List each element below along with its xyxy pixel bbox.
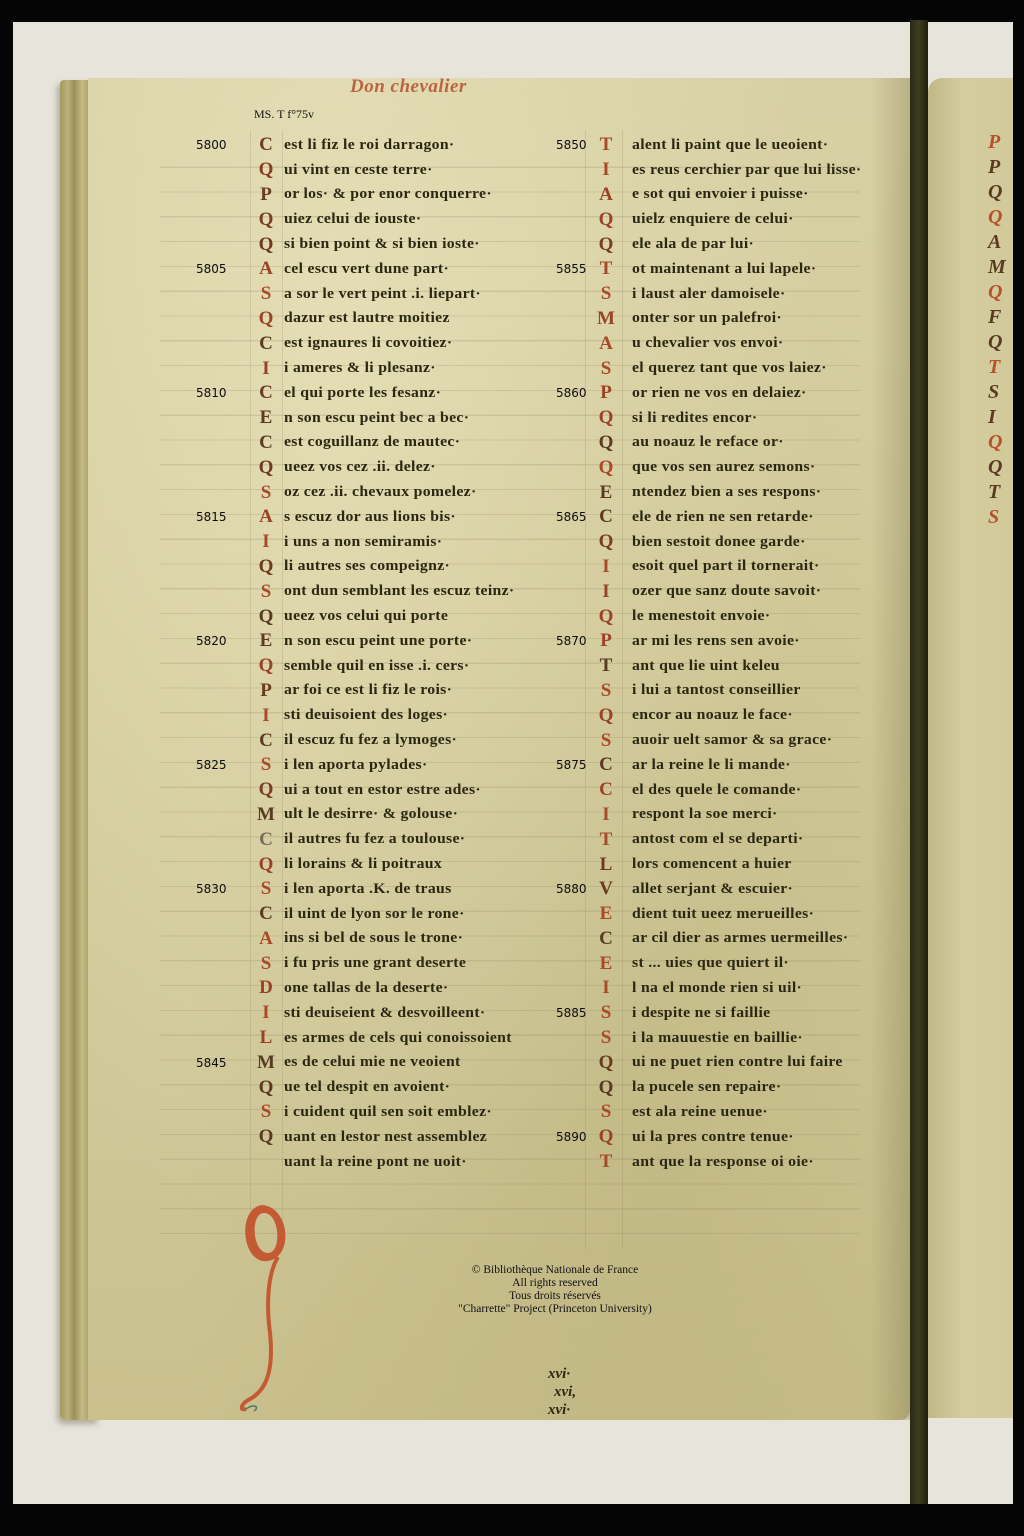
- facing-page-initial: Q: [988, 430, 1018, 455]
- verse-initial: Q: [596, 531, 616, 553]
- verse-initial: S: [256, 482, 276, 504]
- verse-initial: Q: [596, 209, 616, 231]
- verse-text: a sor le vert peint .i. liepart·: [284, 286, 481, 303]
- facing-page-initial: M: [988, 255, 1018, 280]
- verse-text: u chevalier vos envoi·: [632, 335, 783, 352]
- verse-text: allet serjant & escuier·: [632, 881, 793, 898]
- quire-signature: xvi· xvi, xvi·: [548, 1365, 608, 1419]
- verse-initial: Q: [596, 705, 616, 727]
- verse-text: ue tel despit en avoient·: [284, 1079, 450, 1096]
- verse-initial: Q: [596, 457, 616, 479]
- verse-text: i laust aler damoisele·: [632, 286, 786, 303]
- facing-page-initial: S: [988, 505, 1018, 530]
- verse-initial: C: [256, 382, 276, 404]
- verse-initial: A: [596, 184, 616, 206]
- verse-initial: Q: [256, 556, 276, 578]
- verse-text: la pucele sen repaire·: [632, 1079, 781, 1096]
- verse-initial: S: [596, 1101, 616, 1123]
- facing-page-initial: P: [988, 130, 1018, 155]
- verse-initial: A: [596, 333, 616, 355]
- verse-initial: S: [256, 754, 276, 776]
- line-number: 5870: [556, 634, 596, 648]
- verse-initial: M: [256, 804, 276, 826]
- verse-text: ui la pres contre tenue·: [632, 1129, 794, 1146]
- verse-text: le menestoit envoie·: [632, 608, 770, 625]
- verse-initial: I: [596, 159, 616, 181]
- facing-page-initial: T: [988, 480, 1018, 505]
- facing-page-initial: Q: [988, 330, 1018, 355]
- verse-text: ntendez bien a ses respons·: [632, 484, 821, 501]
- quire-mark-2: xvi,: [554, 1383, 608, 1401]
- verse-text: n son escu peint bec a bec·: [284, 410, 469, 427]
- verse-text: bien sestoit donee garde·: [632, 534, 806, 551]
- verse-text: i despite ne si faillie: [632, 1005, 771, 1022]
- verse-initial: A: [256, 506, 276, 528]
- verse-text: li autres ses compeignz·: [284, 558, 450, 575]
- verse-initial: E: [256, 630, 276, 652]
- line-number: 5890: [556, 1130, 596, 1144]
- verse-initial: Q: [256, 655, 276, 677]
- copyright-line-1: © Bibliothèque Nationale de France: [420, 1264, 690, 1277]
- verse-initial: I: [256, 1002, 276, 1024]
- verse-text: li lorains & li poitraux: [284, 856, 442, 873]
- copyright-line-3: Tous droits réservés: [420, 1290, 690, 1303]
- vertical-ruling-right: [585, 130, 586, 1250]
- verse-initial: Q: [256, 1077, 276, 1099]
- verse-initial: Q: [256, 234, 276, 256]
- verse-initial: T: [596, 134, 616, 156]
- verse-initial: Q: [596, 1077, 616, 1099]
- running-head: Don chevalier: [350, 76, 467, 98]
- facing-page-initial: Q: [988, 280, 1018, 305]
- facing-page-initial: Q: [988, 205, 1018, 230]
- verse-initial: C: [256, 903, 276, 925]
- verse-text: semble quil en isse .i. cers·: [284, 658, 469, 675]
- verse-initial: M: [256, 1052, 276, 1074]
- verse-text: ui ne puet rien contre lui faire: [632, 1054, 843, 1071]
- facing-page-initials: PPQQAMQFQTSIQQTS: [988, 130, 1018, 530]
- verse-text: e sot qui envoier i puisse·: [632, 186, 809, 203]
- book-gutter: [910, 20, 928, 1504]
- verse-initial: C: [596, 506, 616, 528]
- verse-text: uiez celui de iouste·: [284, 211, 421, 228]
- verse-text: i len aporta pylades·: [284, 757, 428, 774]
- verse-text: ele de rien ne sen retarde·: [632, 509, 814, 526]
- verse-initial: C: [256, 730, 276, 752]
- quire-mark-3: xvi·: [548, 1401, 608, 1419]
- verse-text: uant la reine pont ne uoit·: [284, 1154, 467, 1171]
- verse-initial: S: [256, 878, 276, 900]
- facing-page-initial: Q: [988, 455, 1018, 480]
- verse-initial: V: [596, 878, 616, 900]
- verse-text: l na el monde rien si uil·: [632, 980, 802, 997]
- copyright-notice: © Bibliothèque Nationale de France All r…: [420, 1264, 690, 1316]
- line-number: 5860: [556, 386, 596, 400]
- verse-initial: S: [596, 680, 616, 702]
- decorated-initial-q-icon: [240, 1203, 304, 1413]
- verse-text: antost com el se departi·: [632, 831, 803, 848]
- line-number: 5875: [556, 758, 596, 772]
- verse-text: i ameres & li plesanz·: [284, 360, 436, 377]
- facing-page-initial: P: [988, 155, 1018, 180]
- verse-text: ar cil dier as armes uermeilles·: [632, 930, 848, 947]
- verse-text: est li fiz le roi darragon·: [284, 137, 455, 154]
- verse-text: ant que la response oi oie·: [632, 1154, 814, 1171]
- verse-initial: I: [596, 581, 616, 603]
- verse-text: el querez tant que vos laiez·: [632, 360, 827, 377]
- verse-initial: Q: [256, 779, 276, 801]
- verse-text: encor au noauz le face·: [632, 707, 793, 724]
- verse-initial: P: [256, 184, 276, 206]
- verse-text: est ala reine uenue·: [632, 1104, 768, 1121]
- verse-text: au noauz le reface or·: [632, 434, 784, 451]
- verse-text: ar mi les rens sen avoie·: [632, 633, 800, 650]
- verse-initial: Q: [596, 1052, 616, 1074]
- verse-text: or los· & por enor conquerre·: [284, 186, 492, 203]
- verse-text: dazur est lautre moitiez: [284, 310, 450, 327]
- line-number: 5830: [196, 882, 236, 896]
- verse-text: ele ala de par lui·: [632, 236, 754, 253]
- verse-initial: A: [256, 928, 276, 950]
- verse-initial: S: [596, 1002, 616, 1024]
- verse-text: ui vint en ceste terre·: [284, 162, 433, 179]
- verse-initial: S: [596, 283, 616, 305]
- verse-initial: T: [596, 829, 616, 851]
- verse-text: el des quele le comande·: [632, 782, 801, 799]
- verse-text: oz cez .ii. chevaux pomelez·: [284, 484, 477, 501]
- facing-page-initial: S: [988, 380, 1018, 405]
- verse-initial: P: [596, 630, 616, 652]
- line-number: 5825: [196, 758, 236, 772]
- verse-text: ui a tout en estor estre ades·: [284, 782, 481, 799]
- verse-text: i lui a tantost conseillier: [632, 682, 801, 699]
- verse-text: dient tuit ueez merueilles·: [632, 906, 814, 923]
- verse-text: esoit quel part il tornerait·: [632, 558, 820, 575]
- verse-text: s escuz dor aus lions bis·: [284, 509, 456, 526]
- facing-page-initial: F: [988, 305, 1018, 330]
- verse-initial: S: [256, 1101, 276, 1123]
- verse-text: i fu pris une grant deserte: [284, 955, 466, 972]
- verse-initial: I: [596, 556, 616, 578]
- facing-page-initial: T: [988, 355, 1018, 380]
- verse-initial: S: [596, 358, 616, 380]
- line-number: 5845: [196, 1056, 236, 1070]
- verse-initial: Q: [596, 606, 616, 628]
- verse-initial: C: [596, 779, 616, 801]
- verse-initial: T: [596, 655, 616, 677]
- verse-text: cel escu vert dune part·: [284, 261, 449, 278]
- facing-page-initial: A: [988, 230, 1018, 255]
- verse-text: i len aporta .K. de traus: [284, 881, 452, 898]
- verse-initial: Q: [256, 308, 276, 330]
- verse-text: est ignaures li covoitiez·: [284, 335, 452, 352]
- line-number: 5865: [556, 510, 596, 524]
- verse-text: i uns a non semiramis·: [284, 534, 442, 551]
- verse-initial: I: [596, 977, 616, 999]
- line-number: 5810: [196, 386, 236, 400]
- verse-text: ont dun semblant les escuz teinz·: [284, 583, 514, 600]
- verse-text: il escuz fu fez a lymoges·: [284, 732, 457, 749]
- verse-initial: E: [596, 903, 616, 925]
- verse-initial: S: [596, 730, 616, 752]
- verse-initial: C: [256, 333, 276, 355]
- verse-initial: Q: [256, 1126, 276, 1148]
- verse-text: uielz enquiere de celui·: [632, 211, 794, 228]
- verse-initial: S: [256, 953, 276, 975]
- line-number: 5800: [196, 138, 236, 152]
- verse-initial: Q: [256, 457, 276, 479]
- verse-initial: P: [596, 382, 616, 404]
- verse-text: ueez vos celui qui porte: [284, 608, 448, 625]
- verse-text: ueez vos cez .ii. delez·: [284, 459, 436, 476]
- verse-text: est coguillanz de mautec·: [284, 434, 460, 451]
- verse-text: es reus cerchier par que lui lisse·: [632, 162, 861, 179]
- copyright-line-4: "Charrette" Project (Princeton Universit…: [420, 1303, 690, 1316]
- verse-text: ot maintenant a lui lapele·: [632, 261, 816, 278]
- line-number: 5850: [556, 138, 596, 152]
- verse-text: uant en lestor nest assemblez: [284, 1129, 487, 1146]
- vertical-ruling-left-text: [282, 130, 283, 1250]
- verse-text: es de celui mie ne veoient: [284, 1054, 461, 1071]
- verse-text: one tallas de la deserte·: [284, 980, 448, 997]
- verse-initial: Q: [596, 1126, 616, 1148]
- verse-text: auoir uelt samor & sa grace·: [632, 732, 832, 749]
- verse-text: que vos sen aurez semons·: [632, 459, 815, 476]
- verse-text: respont la soe merci·: [632, 806, 778, 823]
- verse-initial: S: [596, 1027, 616, 1049]
- verse-initial: C: [256, 134, 276, 156]
- verse-text: st ... uies que quiert il·: [632, 955, 789, 972]
- folio-label: MS. T f°75v: [254, 107, 314, 122]
- vertical-ruling-left: [250, 130, 251, 1250]
- verse-text: ar la reine le li mande·: [632, 757, 791, 774]
- line-number: 5880: [556, 882, 596, 896]
- verse-initial: C: [596, 754, 616, 776]
- verse-text: ult le desirre· & golouse·: [284, 806, 458, 823]
- copyright-line-2: All rights reserved: [420, 1277, 690, 1290]
- line-number: 5855: [556, 262, 596, 276]
- verse-initial: I: [256, 358, 276, 380]
- verse-initial: C: [256, 432, 276, 454]
- facing-page-initial: I: [988, 405, 1018, 430]
- line-number: 5820: [196, 634, 236, 648]
- verse-initial: Q: [256, 854, 276, 876]
- verse-initial: L: [596, 854, 616, 876]
- line-number: 5885: [556, 1006, 596, 1020]
- verse-initial: T: [596, 258, 616, 280]
- verse-initial: E: [596, 482, 616, 504]
- verse-text: i la mauuestie en baillie·: [632, 1030, 803, 1047]
- verse-initial: Q: [596, 234, 616, 256]
- verse-text: ozer que sanz doute savoit·: [632, 583, 821, 600]
- verse-text: lors comencent a huier: [632, 856, 792, 873]
- verse-initial: S: [256, 283, 276, 305]
- verse-text: ins si bel de sous le trone·: [284, 930, 463, 947]
- verse-text: si li redites encor·: [632, 410, 757, 427]
- verse-text: sti deuiseient & desvoilleent·: [284, 1005, 486, 1022]
- verse-text: or rien ne vos en delaiez·: [632, 385, 807, 402]
- verse-initial: P: [256, 680, 276, 702]
- verse-initial: D: [256, 977, 276, 999]
- verse-initial: Q: [596, 432, 616, 454]
- verse-initial: T: [596, 1151, 616, 1173]
- verse-initial: C: [596, 928, 616, 950]
- verse-initial: Q: [256, 606, 276, 628]
- verse-text: si bien point & si bien ioste·: [284, 236, 480, 253]
- verse-initial: S: [256, 581, 276, 603]
- line-number: 5805: [196, 262, 236, 276]
- verse-text: sti deuisoient des loges·: [284, 707, 448, 724]
- verse-text: i cuident quil sen soit emblez·: [284, 1104, 492, 1121]
- verse-text: il uint de lyon sor le rone·: [284, 906, 465, 923]
- verse-initial: C: [256, 829, 276, 851]
- verse-text: onter sor un palefroi·: [632, 310, 782, 327]
- verse-text: alent li paint que le ueoient·: [632, 137, 828, 154]
- verse-text: ar foi ce est li fiz le rois·: [284, 682, 452, 699]
- verse-text: ant que lie uint keleu: [632, 658, 780, 675]
- verse-initial: Q: [256, 209, 276, 231]
- vertical-ruling-right-text: [622, 130, 623, 1250]
- verse-initial: I: [256, 705, 276, 727]
- verse-initial: E: [596, 953, 616, 975]
- line-number: 5815: [196, 510, 236, 524]
- verse-text: es armes de cels qui conoissoient: [284, 1030, 512, 1047]
- quire-mark-1: xvi·: [548, 1365, 608, 1383]
- verse-initial: E: [256, 407, 276, 429]
- verse-initial: L: [256, 1027, 276, 1049]
- verse-initial: Q: [596, 407, 616, 429]
- verse-initial: A: [256, 258, 276, 280]
- verse-initial: Q: [256, 159, 276, 181]
- verse-initial: I: [256, 531, 276, 553]
- verse-text: n son escu peint une porte·: [284, 633, 472, 650]
- verse-text: il autres fu fez a toulouse·: [284, 831, 465, 848]
- verse-text: el qui porte les fesanz·: [284, 385, 441, 402]
- verse-initial: I: [596, 804, 616, 826]
- verse-initial: M: [596, 308, 616, 330]
- facing-page-initial: Q: [988, 180, 1018, 205]
